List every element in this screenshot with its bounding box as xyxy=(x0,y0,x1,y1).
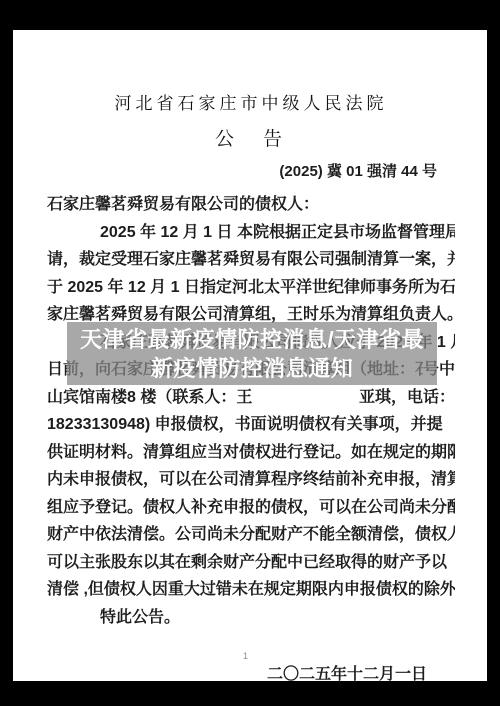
body-line: 山宾馆南楼8 楼（联系人：王亚琪，电话： xyxy=(47,384,455,412)
announcement-body: 2025 年 12 月 1 日 本院根据正定县市场监督管理局申请，裁定受理石家庄… xyxy=(47,219,455,632)
spam-overlay-banner: 天津省最新疫情防控消息/天津省最 新疫情防控消息通知 xyxy=(67,322,437,385)
court-name-heading: 河北省石家庄市中级人民法院 xyxy=(47,89,455,114)
body-line: 供证明材料。清算组应当对债权进行登记。如在规定的期限 xyxy=(47,439,455,467)
body-line: 财产中依法清偿。公司尚未分配财产不能全额清偿，债权人 xyxy=(47,521,455,549)
announcement-date: 二〇二五年十二月一日 xyxy=(47,661,455,684)
body-line-segment: 亚琪，电话： xyxy=(359,384,455,412)
case-number: (2025) 冀 01 强清 44 号 xyxy=(47,160,455,181)
body-line: 2025 年 12 月 1 日 本院根据正定县市场监督管理局申 xyxy=(47,219,455,247)
overlay-text-line1: 天津省最新疫情防控消息/天津省最 xyxy=(80,325,424,354)
body-line: 可以主张股东以其在剩余财产分配中已经取得的财产予以 xyxy=(47,549,455,577)
body-line: 请，裁定受理石家庄馨茗舜贸易有限公司强制清算一案，并 xyxy=(47,246,455,274)
body-line: 内未申报债权，可以在公司清算程序终结前补充申报，清算 xyxy=(47,466,455,494)
creditors-salutation: 石家庄馨茗舜贸易有限公司的债权人： xyxy=(47,191,455,219)
body-line: 特此公告。 xyxy=(47,604,455,632)
body-line-segment: 山宾馆南楼 xyxy=(47,384,127,412)
body-line: 组应予登记。债权人补充申报的债权，可以在公司尚未分配 xyxy=(47,494,455,522)
announcement-title: 公 告 xyxy=(47,124,455,151)
document-page: 河北省石家庄市中级人民法院 公 告 (2025) 冀 01 强清 44 号 石家… xyxy=(13,30,487,681)
announcement-image: { "page": { "court": "河北省石家庄市中级人民法院", "d… xyxy=(0,0,500,706)
body-line-segment: 8 楼（联系人：王 xyxy=(127,384,359,412)
body-line: 于 2025 年 12 月 1 日指定河北太平洋世纪律师事务所为石 xyxy=(47,274,455,302)
body-line: 18233130948) 申报债权，书面说明债权有关事项，并提 xyxy=(47,411,455,439)
overlay-text-line2: 新疫情防控消息通知 xyxy=(151,354,354,383)
page-number: 1 xyxy=(243,651,248,661)
body-line: 清偿 ,但债权人因重大过错未在规定期限内申报债权的除外。 xyxy=(47,576,455,604)
